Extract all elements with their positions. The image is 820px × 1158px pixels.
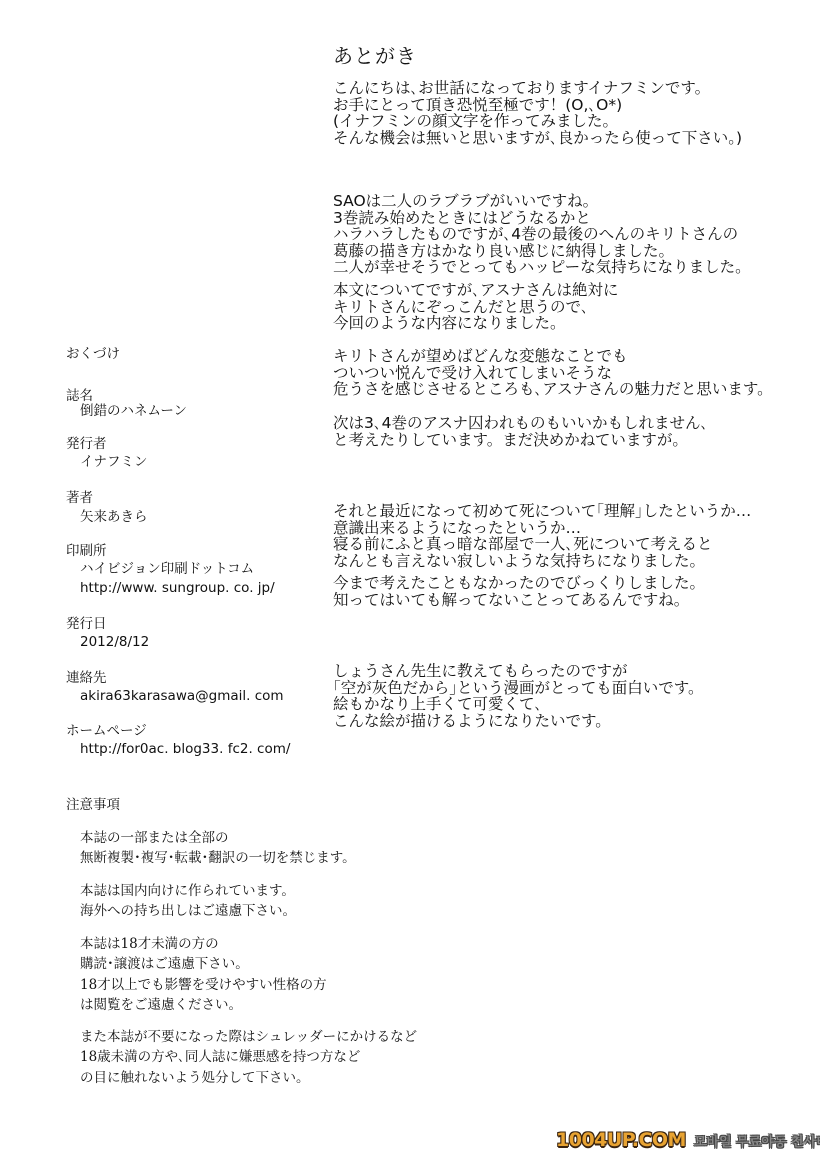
text-line: ハイビジョン印刷ドットコム <box>80 560 275 579</box>
text-line: SAOは二人のラブラブがいいですね。 <box>333 193 751 210</box>
text-line: イナフミン <box>80 453 148 472</box>
text-line: 購読･譲渡はご遠慮下さい。 <box>80 954 327 974</box>
colophon-value-author: 矢来あきら <box>80 508 148 527</box>
afterword-paragraph-6: それと最近になって初めて死について｢理解｣したというか… 意識出来るようになった… <box>333 503 751 569</box>
text-line: 寝る前にふと真っ暗な部屋で一人､死について考えると <box>333 536 751 553</box>
text-line: 本文についてですが､アスナさんは絶対に <box>333 282 619 299</box>
text-line: 3巻読み始めたときにはどうなるかと <box>333 210 751 227</box>
text-line: そんな機会は無いと思いますが､良かったら使って下さい。) <box>333 130 742 147</box>
text-line: 18歳未満の方や､同人誌に嫌悪感を持つ方など <box>80 1047 417 1067</box>
notices-heading: 注意事項 <box>66 797 120 813</box>
colophon-value-title: 倒錯のハネムーン <box>80 402 187 421</box>
text-line: の目に触れないよう処分して下さい。 <box>80 1068 417 1088</box>
text-line: なんとも言えない寂しいような気持ちになりました。 <box>333 553 751 570</box>
text-line: 意識出来るようになったというか… <box>333 520 751 537</box>
colophon-value-homepage: http://for0ac. blog33. fc2. com/ <box>80 740 290 759</box>
colophon-label-date: 発行日 <box>66 616 107 632</box>
text-line: ついつい悦んで受け入れてしまいそうな <box>333 365 773 382</box>
watermark: 1004UP.COM 모바일 무료야동 천사티비 <box>556 1128 820 1152</box>
colophon-label-contact: 連絡先 <box>66 670 107 686</box>
afterword-paragraph-2: SAOは二人のラブラブがいいですね。 3巻読み始めたときにはどうなるかと ハラハ… <box>333 193 751 276</box>
notice-paragraph-3: 本誌は18才未満の方の 購読･譲渡はご遠慮下さい。 18才以上でも影響を受けやす… <box>80 934 327 1015</box>
text-line: 矢来あきら <box>80 508 148 527</box>
colophon-label-author: 著者 <box>66 490 93 506</box>
watermark-tagline: 모바일 무료야동 천사티비 <box>694 1131 820 1150</box>
text-line: 今まで考えたこともなかったのでびっくりしました。 <box>333 575 705 592</box>
colophon-value-publisher: イナフミン <box>80 453 148 472</box>
text-line: は閲覧をご遠慮ください。 <box>80 995 327 1015</box>
text-line: 本誌は国内向けに作られています。 <box>80 881 296 901</box>
notice-paragraph-4: また本誌が不要になった際はシュレッダーにかけるなど 18歳未満の方や､同人誌に嫌… <box>80 1027 417 1088</box>
afterword-paragraph-5: 次は3､4巻のアスナ囚われものもいいかもしれません､ と考えたりしています。まだ… <box>333 415 708 448</box>
notice-paragraph-2: 本誌は国内向けに作られています。 海外への持ち出しはご遠慮下さい。 <box>80 881 296 922</box>
text-line: しょうさん先生に教えてもらったのですが <box>333 663 703 680</box>
text-line: と考えたりしています。まだ決めかねていますが。 <box>333 432 708 449</box>
notice-paragraph-1: 本誌の一部または全部の 無断複製･複写･転載･翻訳の一切を禁じます。 <box>80 828 356 869</box>
homepage-url: http://for0ac. blog33. fc2. com/ <box>80 740 290 759</box>
text-line: 次は3､4巻のアスナ囚われものもいいかもしれません､ <box>333 415 708 432</box>
afterword-paragraph-7: 今まで考えたこともなかったのでびっくりしました。 知ってはいても解ってないことっ… <box>333 575 705 608</box>
text-line: ｢空が灰色だから｣という漫画がとっても面白いです。 <box>333 680 703 697</box>
text-line: (イナフミンの顔文字を作ってみました。 <box>333 113 742 130</box>
text-line: 本誌の一部または全部の <box>80 828 356 848</box>
afterword-paragraph-4: キリトさんが望めばどんな変態なことでも ついつい悦んで受け入れてしまいそうな 危… <box>333 348 773 398</box>
text-line: 海外への持ち出しはご遠慮下さい。 <box>80 901 296 921</box>
text-line: 本誌は18才未満の方の <box>80 934 327 954</box>
text-line: ハラハラしたものですが､4巻の最後のへんのキリトさんの <box>333 226 751 243</box>
text-line: こんな絵が描けるようになりたいです。 <box>333 713 703 730</box>
text-line: 葛藤の描き方はかなり良い感じに納得しました。 <box>333 243 751 260</box>
contact-email: akira63karasawa@gmail. com <box>80 687 284 706</box>
text-line: こんにちは､お世話になっておりますイナフミンです。 <box>333 80 742 97</box>
text-line: 二人が幸せそうでとってもハッピーな気持ちになりました。 <box>333 259 751 276</box>
text-line: 絵もかなり上手くて可愛くて､ <box>333 696 703 713</box>
afterword-paragraph-1: こんにちは､お世話になっておりますイナフミンです。 お手にとって頂き恐悦至極です… <box>333 80 742 146</box>
text-line: 2012/8/12 <box>80 633 149 652</box>
text-line: キリトさんが望めばどんな変態なことでも <box>333 348 773 365</box>
colophon-label-printer: 印刷所 <box>66 543 107 559</box>
text-line: 知ってはいても解ってないことってあるんですね。 <box>333 592 705 609</box>
afterword-paragraph-8: しょうさん先生に教えてもらったのですが ｢空が灰色だから｣という漫画がとっても面… <box>333 663 703 729</box>
text-line: それと最近になって初めて死について｢理解｣したというか… <box>333 503 751 520</box>
afterword-paragraph-3: 本文についてですが､アスナさんは絶対に キリトさんにぞっこんだと思うので､ 今回… <box>333 282 619 332</box>
colophon-value-printer: ハイビジョン印刷ドットコム http://www. sungroup. co. … <box>80 560 275 597</box>
text-line: また本誌が不要になった際はシュレッダーにかけるなど <box>80 1027 417 1047</box>
colophon-value-contact: akira63karasawa@gmail. com <box>80 687 284 706</box>
colophon-value-date: 2012/8/12 <box>80 633 149 652</box>
colophon-heading: おくづけ <box>66 346 120 362</box>
text-line: 18才以上でも影響を受けやすい性格の方 <box>80 975 327 995</box>
text-line: 危うさを感じさせるところも､アスナさんの魅力だと思います。 <box>333 381 773 398</box>
colophon-label-homepage: ホームページ <box>66 723 147 739</box>
text-line: 倒錯のハネムーン <box>80 402 187 421</box>
printer-url-link: http://www. sungroup. co. jp/ <box>80 579 275 598</box>
text-line: お手にとって頂き恐悦至極です！(O,､O*) <box>333 97 742 114</box>
text-line: 今回のような内容になりました。 <box>333 315 619 332</box>
colophon-label-publisher: 発行者 <box>66 436 107 452</box>
text-line: 無断複製･複写･転載･翻訳の一切を禁じます。 <box>80 848 356 868</box>
watermark-logo: 1004UP.COM <box>556 1129 686 1151</box>
text-line: キリトさんにぞっこんだと思うので､ <box>333 299 619 316</box>
afterword-title: あとがき <box>333 40 417 69</box>
